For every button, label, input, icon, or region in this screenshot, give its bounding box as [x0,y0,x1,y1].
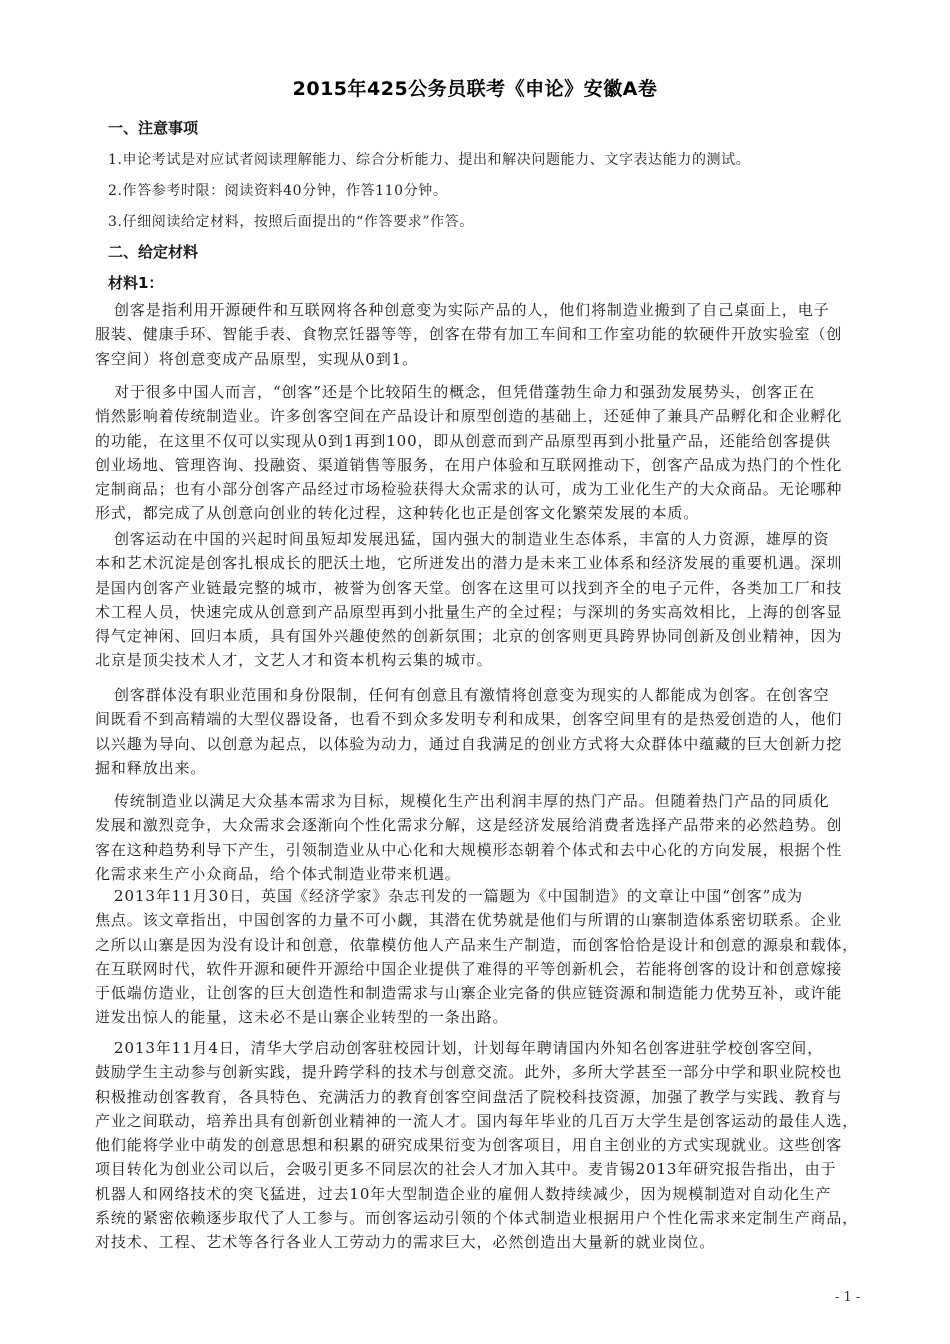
paragraph-line: 是国内创客产业链最完整的城市，被誉为创客天堂。创客在这里可以找到齐全的电子元件，… [95,576,870,600]
paragraph-line: 焦点。该文章指出，中国创客的力量不可小觑，其潜在优势就是他们与所谓的山寨制造体系… [95,908,870,932]
paragraph-line: 化需求来生产小众商品，给个体式制造业带来机遇。 [95,862,870,886]
paragraph-line: 创客是指利用开源硬件和互联网将各种创意变为实际产品的人，他们将制造业搬到了自己桌… [95,298,870,322]
paragraph-line: 在互联网时代，软件开源和硬件开源给中国企业提供了难得的平等创新机会，若能将创客的… [95,957,870,981]
paragraph-line: 鼓励学生主动参与创新实践，提升跨学科的技术与创意交流。此外，多所大学甚至一部分中… [95,1060,870,1084]
paragraph-line: 传统制造业以满足大众基本需求为目标，规模化生产出利润丰厚的热门产品。但随着热门产… [95,789,870,813]
paragraph: 传统制造业以满足大众基本需求为目标，规模化生产出利润丰厚的热门产品。但随着热门产… [95,789,870,886]
paragraph-line: 间既看不到高精端的大型仪器设备，也看不到众多发明专利和成果，创客空间里有的是热爱… [95,707,870,731]
paragraph: 创客是指利用开源硬件和互联网将各种创意变为实际产品的人，他们将制造业搬到了自己桌… [95,298,870,371]
paragraph-line: 创业场地、管理咨询、投融资、渠道销售等服务，在用户体验和互联网推动下，创客产品成… [95,453,870,477]
paragraph-line: 服装、健康手环、智能手表、食物烹饪器等等，创客在带有加工车间和工作室功能的软硬件… [95,322,870,346]
paragraph-line: 以兴趣为导向、以创意为起点，以体验为动力，通过自我满足的创业方式将大众群体中蕴藏… [95,732,870,756]
paragraph-line: 项目转化为创业公司以后，会吸引更多不同层次的社会人才加入其中。麦肯锡2013年研… [95,1157,870,1181]
paragraph-line: 产业之间联动，培养出具有创新创业精神的一流人才。国内每年毕业的几百万大学生是创客… [95,1109,870,1133]
paragraph-line: 得气定神闲、回归本质，具有国外兴趣使然的创新氛围；北京的创客则更具跨界协同创新及… [95,624,870,648]
paragraph-line: 客在这种趋势利导下产生，引领制造业从中心化和大规模形态朝着个体式和去中心化的方向… [95,838,870,862]
paragraph-line: 他们能将学业中萌发的创意思想和积累的研究成果衍变为创客项目，用自主创业的方式实现… [95,1133,870,1157]
material-label: 材料1： [108,272,163,293]
page-number: - 1 - [835,1290,860,1305]
paragraph-line: 2013年11月4日，清华大学启动创客驻校园计划，计划每年聘请国内外知名创客进驻… [95,1036,870,1060]
paragraph-line: 创客群体没有职业范围和身份限制，任何有创意且有激情将创意变为现实的人都能成为创客… [95,683,870,707]
paragraph: 2013年11月30日，英国《经济学家》杂志刊发的一篇题为《中国制造》的文章让中… [95,884,870,1030]
paragraph-line: 之所以山寨是因为没有设计和创意，依靠模仿他人产品来生产制造，而创客恰恰是设计和创… [95,933,870,957]
paragraph-line: 积极推动创客教育，各具特色、充满活力的教育创客空间盘活了院校科技资源，加强了教学… [95,1085,870,1109]
paragraph-line: 定制商品；也有小部分创客产品经过市场检验获得大众需求的认可，成为工业化生产的大众… [95,477,870,501]
paragraph-line: 北京是顶尖技术人才，文艺人才和资本机构云集的城市。 [95,648,870,672]
paragraph: 创客群体没有职业范围和身份限制，任何有创意且有激情将创意变为现实的人都能成为创客… [95,683,870,780]
paragraph-line: 系统的紧密依赖逐步取代了人工参与。而创客运动引领的个体式制造业根据用户个性化需求… [95,1206,870,1230]
paragraph-line: 形式，都完成了从创意向创业的转化过程，这种转化也正是创客文化繁荣发展的本质。 [95,501,870,525]
section-heading-materials: 二、给定材料 [108,241,198,262]
paragraph-line: 于低端仿造业，让创客的巨大创造性和制造需求与山寨企业完备的供应链资源和制造能力优… [95,981,870,1005]
section-heading-notes: 一、注意事项 [108,117,198,138]
note-item: 3.仔细阅读给定材料，按照后面提出的“作答要求”作答。 [108,211,474,231]
paragraph-line: 创客运动在中国的兴起时间虽短却发展迅猛，国内强大的制造业生态体系，丰富的人力资源… [95,527,870,551]
note-item: 2.作答参考时限：阅读资料40分钟，作答110分钟。 [108,180,448,200]
document-page: 2015年425公务员联考《申论》安徽A卷 一、注意事项 1.申论考试是对应试者… [0,0,950,1344]
paragraph-line: 机器人和网络技术的突飞猛进，过去10年大型制造企业的雇佣人数持续减少，因为规模制… [95,1182,870,1206]
paragraph: 2013年11月4日，清华大学启动创客驻校园计划，计划每年聘请国内外知名创客进驻… [95,1036,870,1255]
document-title: 2015年425公务员联考《申论》安徽A卷 [0,74,950,101]
paragraph-line: 2013年11月30日，英国《经济学家》杂志刊发的一篇题为《中国制造》的文章让中… [95,884,870,908]
paragraph-line: 对于很多中国人而言，“创客”还是个比较陌生的概念，但凭借蓬勃生命力和强劲发展势头… [95,380,870,404]
paragraph-line: 发展和激烈竞争，大众需求会逐渐向个性化需求分解，这是经济发展给消费者选择产品带来… [95,813,870,837]
paragraph-line: 掘和释放出来。 [95,756,870,780]
paragraph-line: 术工程人员，快速完成从创意到产品原型再到小批量生产的全过程；与深圳的务实高效相比… [95,600,870,624]
note-item: 1.申论考试是对应试者阅读理解能力、综合分析能力、提出和解决问题能力、文字表达能… [108,149,750,169]
paragraph-line: 的功能，在这里不仅可以实现从0到1再到100，即从创意而到产品原型再到小批量产品… [95,429,870,453]
paragraph: 对于很多中国人而言，“创客”还是个比较陌生的概念，但凭借蓬勃生命力和强劲发展势头… [95,380,870,526]
paragraph-line: 客空间）将创意变成产品原型，实现从0到1。 [95,347,870,371]
paragraph-line: 对技术、工程、艺术等各行各业人工劳动力的需求巨大，必然创造出大量新的就业岗位。 [95,1230,870,1254]
paragraph-line: 悄然影响着传统制造业。许多创客空间在产品设计和原型创造的基础上，还延伸了兼具产品… [95,404,870,428]
paragraph-line: 迸发出惊人的能量，这未必不是山寨企业转型的一条出路。 [95,1005,870,1029]
paragraph: 创客运动在中国的兴起时间虽短却发展迅猛，国内强大的制造业生态体系，丰富的人力资源… [95,527,870,673]
paragraph-line: 本和艺术沉淀是创客扎根成长的肥沃土地，它所迸发出的潜力是未来工业体系和经济发展的… [95,551,870,575]
